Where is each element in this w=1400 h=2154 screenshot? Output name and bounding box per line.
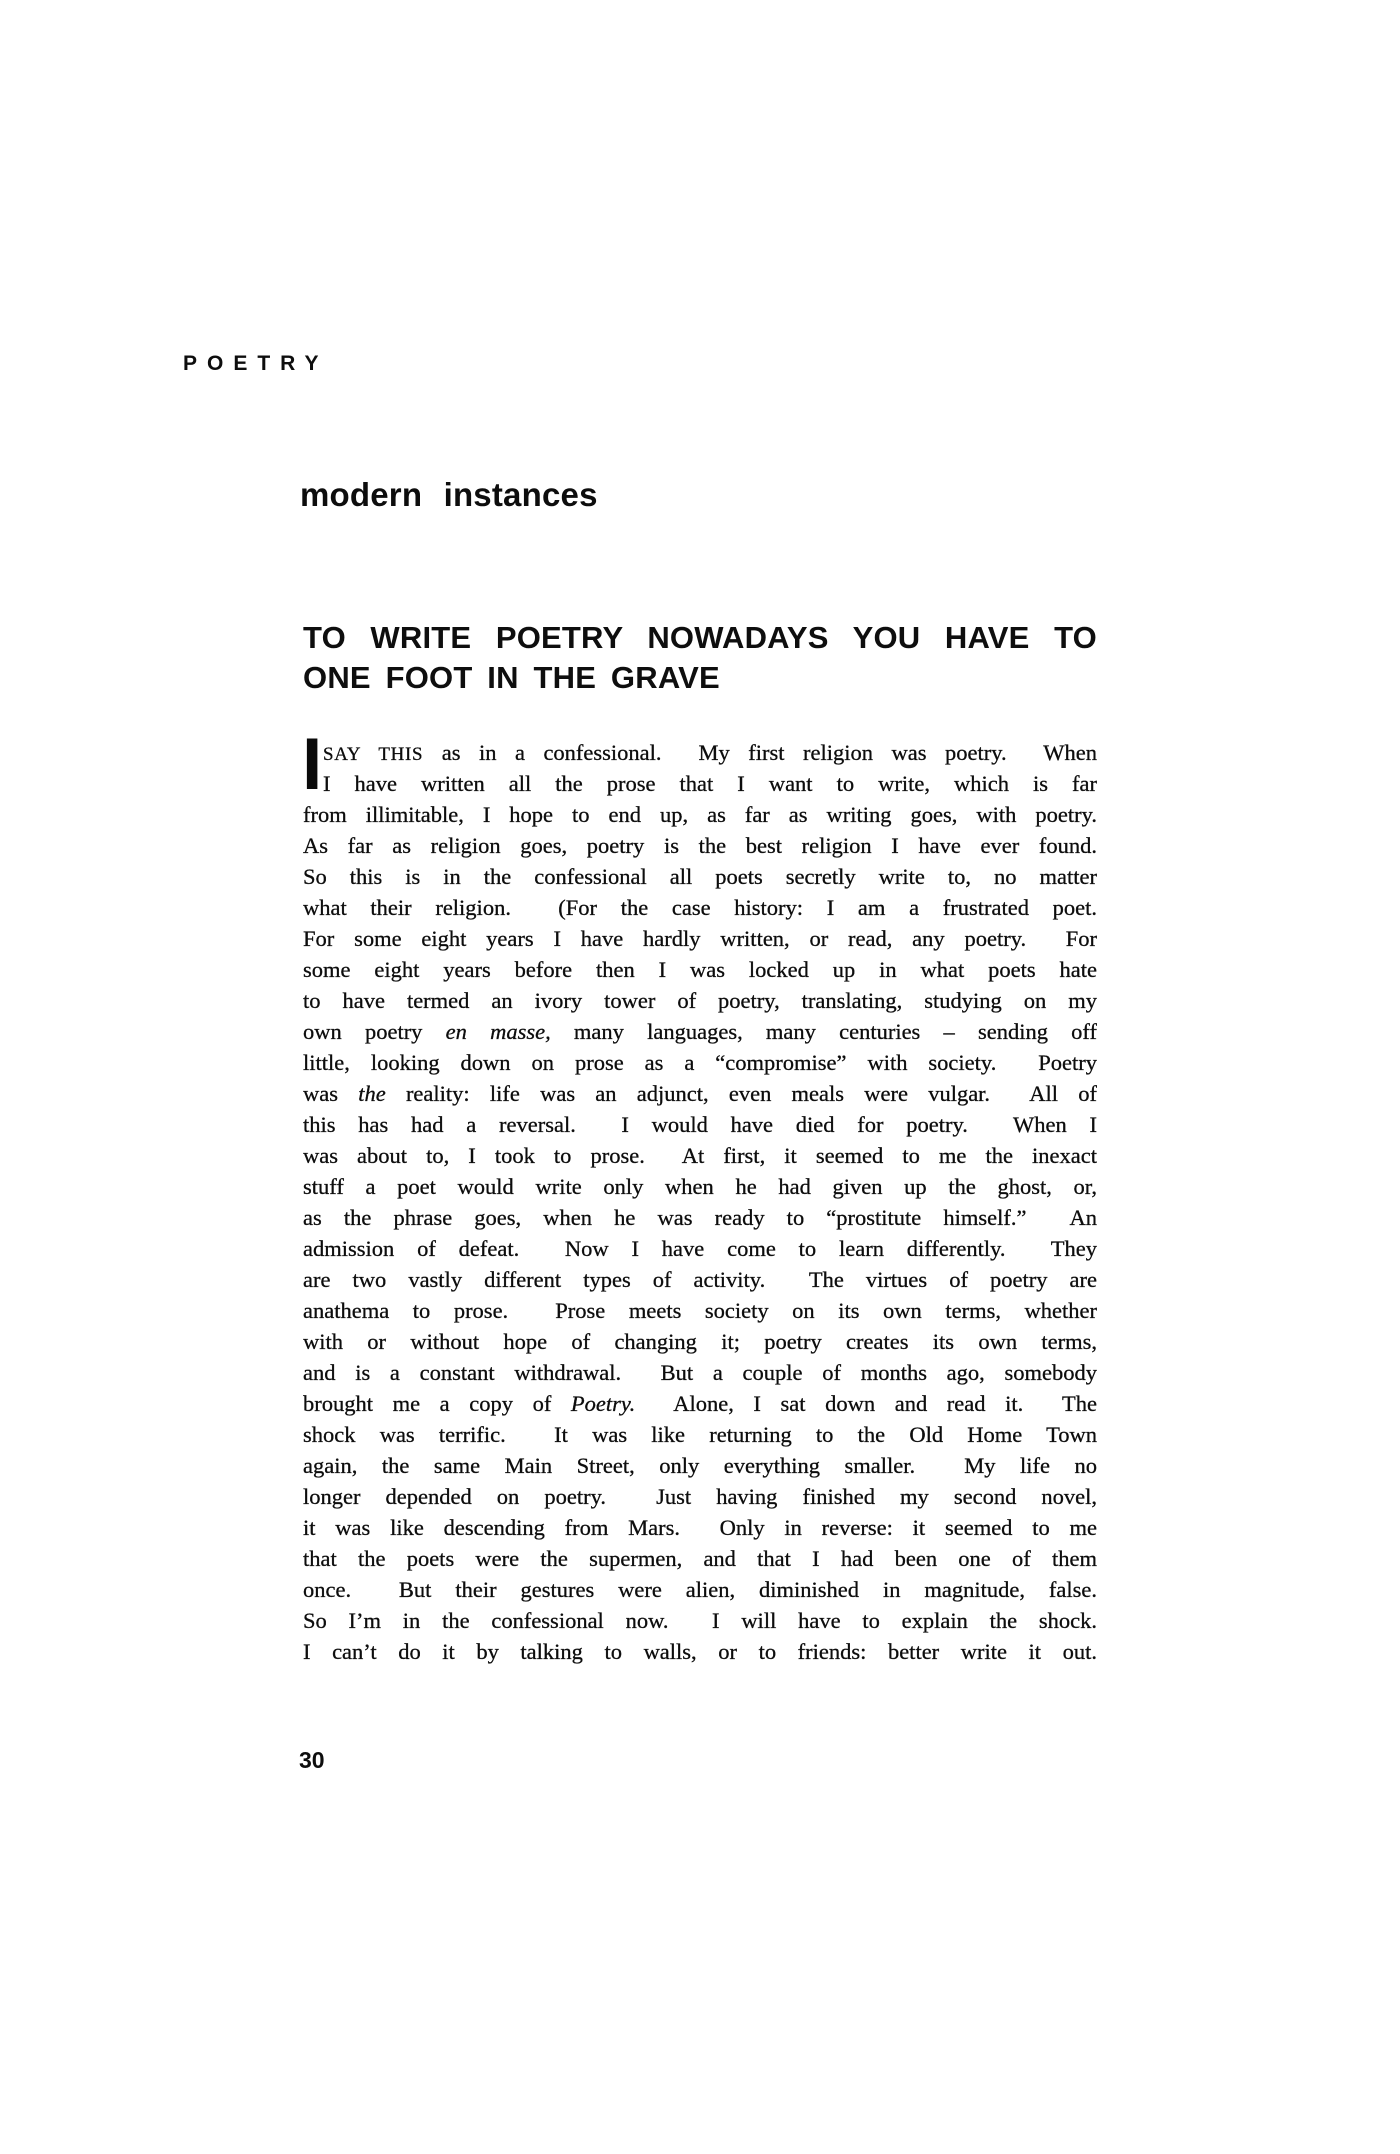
text-segment: was <box>303 1081 358 1106</box>
text-line: some eight years before then I was locke… <box>303 954 1097 985</box>
text-line: own poetry en masse, many languages, man… <box>303 1016 1097 1047</box>
text-line: are two vastly different types of activi… <box>303 1264 1097 1295</box>
text-line: to have termed an ivory tower of poetry,… <box>303 985 1097 1016</box>
text-segment: brought me a copy of <box>303 1391 571 1416</box>
text-line: SAY THIS as in a confessional. My first … <box>303 737 1097 768</box>
text-segment: it was like descending from Mars. Only i… <box>303 1515 1097 1540</box>
text-line: that the poets were the supermen, and th… <box>303 1543 1097 1574</box>
text-segment: once. But their gestures were alien, dim… <box>303 1577 1097 1602</box>
scanned-magazine-page: POETRY modern instances TO WRITE POETRY … <box>0 0 1400 2154</box>
text-segment: anathema to prose. Prose meets society o… <box>303 1298 1097 1323</box>
text-segment: many languages, many centuries – sending… <box>551 1019 1097 1044</box>
text-segment: As far as religion goes, poetry is the b… <box>303 833 1097 858</box>
text-segment: Alone, I sat down and read it. The <box>635 1391 1097 1416</box>
text-segment: reality: life was an adjunct, even meals… <box>386 1081 1097 1106</box>
text-line: with or without hope of changing it; poe… <box>303 1326 1097 1357</box>
text-line: admission of defeat. Now I have come to … <box>303 1233 1097 1264</box>
text-segment: stuff a poet would write only when he ha… <box>303 1174 1097 1199</box>
text-line: anathema to prose. Prose meets society o… <box>303 1295 1097 1326</box>
text-line: this has had a reversal. I would have di… <box>303 1109 1097 1140</box>
text-line: it was like descending from Mars. Only i… <box>303 1512 1097 1543</box>
text-segment: For some eight years I have hardly writt… <box>303 926 1097 951</box>
text-segment: admission of defeat. Now I have come to … <box>303 1236 1097 1261</box>
text-segment: as the phrase goes, when he was ready to… <box>303 1205 1097 1230</box>
small-caps-text: SAY THIS <box>323 744 423 765</box>
text-line: as the phrase goes, when he was ready to… <box>303 1202 1097 1233</box>
text-line: shock was terrific. It was like returnin… <box>303 1419 1097 1450</box>
text-line: again, the same Main Street, only everyt… <box>303 1450 1097 1481</box>
text-segment: So I’m in the confessional now. I will h… <box>303 1608 1097 1633</box>
text-line: ONE FOOT IN THE GRAVE <box>303 658 1097 698</box>
text-segment: was about to, I took to prose. At first,… <box>303 1143 1097 1168</box>
text-line: what their religion. (For the case histo… <box>303 892 1097 923</box>
text-line: So I’m in the confessional now. I will h… <box>303 1605 1097 1636</box>
text-line: little, looking down on prose as a “comp… <box>303 1047 1097 1078</box>
text-segment: again, the same Main Street, only everyt… <box>303 1453 1097 1478</box>
text-line: was about to, I took to prose. At first,… <box>303 1140 1097 1171</box>
text-line: from illimitable, I hope to end up, as f… <box>303 799 1097 830</box>
italic-text: Poetry. <box>571 1391 635 1416</box>
text-line: once. But their gestures were alien, dim… <box>303 1574 1097 1605</box>
text-line: As far as religion goes, poetry is the b… <box>303 830 1097 861</box>
text-segment: So this is in the confessional all poets… <box>303 864 1097 889</box>
text-segment: shock was terrific. It was like returnin… <box>303 1422 1097 1447</box>
italic-text: en masse, <box>446 1019 551 1044</box>
page-number: 30 <box>299 1748 325 1772</box>
text-line: I can’t do it by talking to walls, or to… <box>303 1636 1097 1667</box>
magazine-header-poetry: POETRY <box>183 352 329 376</box>
text-segment: from illimitable, I hope to end up, as f… <box>303 802 1097 827</box>
text-segment: TO WRITE POETRY NOWADAYS YOU HAVE TO HAV… <box>303 620 1097 658</box>
text-segment: I can’t do it by talking to walls, or to… <box>303 1639 1097 1664</box>
body-lines-container: SAY THIS as in a confessional. My first … <box>303 737 1097 1667</box>
text-segment: I have written all the prose that I want… <box>323 771 1097 796</box>
text-segment: little, looking down on prose as a “comp… <box>303 1050 1097 1075</box>
text-line: For some eight years I have hardly writt… <box>303 923 1097 954</box>
text-segment: to have termed an ivory tower of poetry,… <box>303 988 1097 1013</box>
text-segment: longer depended on poetry. Just having f… <box>303 1484 1097 1509</box>
text-segment: with or without hope of changing it; poe… <box>303 1329 1097 1354</box>
article-title: TO WRITE POETRY NOWADAYS YOU HAVE TO HAV… <box>303 618 1097 698</box>
text-line: TO WRITE POETRY NOWADAYS YOU HAVE TO HAV… <box>303 618 1097 658</box>
section-heading-modern-instances: modern instances <box>300 477 598 513</box>
italic-text: the <box>358 1081 386 1106</box>
text-segment: this has had a reversal. I would have di… <box>303 1112 1097 1137</box>
text-line: stuff a poet would write only when he ha… <box>303 1171 1097 1202</box>
text-segment: own poetry <box>303 1019 446 1044</box>
drop-cap-i: I <box>302 737 322 793</box>
text-segment: that the poets were the supermen, and th… <box>303 1546 1097 1571</box>
text-segment: are two vastly different types of activi… <box>303 1267 1097 1292</box>
text-line: longer depended on poetry. Just having f… <box>303 1481 1097 1512</box>
text-segment: what their religion. (For the case histo… <box>303 895 1097 920</box>
text-line: So this is in the confessional all poets… <box>303 861 1097 892</box>
text-line: brought me a copy of Poetry. Alone, I sa… <box>303 1388 1097 1419</box>
text-line: and is a constant withdrawal. But a coup… <box>303 1357 1097 1388</box>
text-segment: some eight years before then I was locke… <box>303 957 1097 982</box>
text-segment: ONE FOOT IN THE GRAVE <box>303 660 720 695</box>
text-line: I have written all the prose that I want… <box>303 768 1097 799</box>
text-line: was the reality: life was an adjunct, ev… <box>303 1078 1097 1109</box>
text-segment: as in a confessional. My first religion … <box>423 740 1097 765</box>
text-segment: and is a constant withdrawal. But a coup… <box>303 1360 1097 1385</box>
article-body-paragraph: I SAY THIS as in a confessional. My firs… <box>303 737 1097 1667</box>
